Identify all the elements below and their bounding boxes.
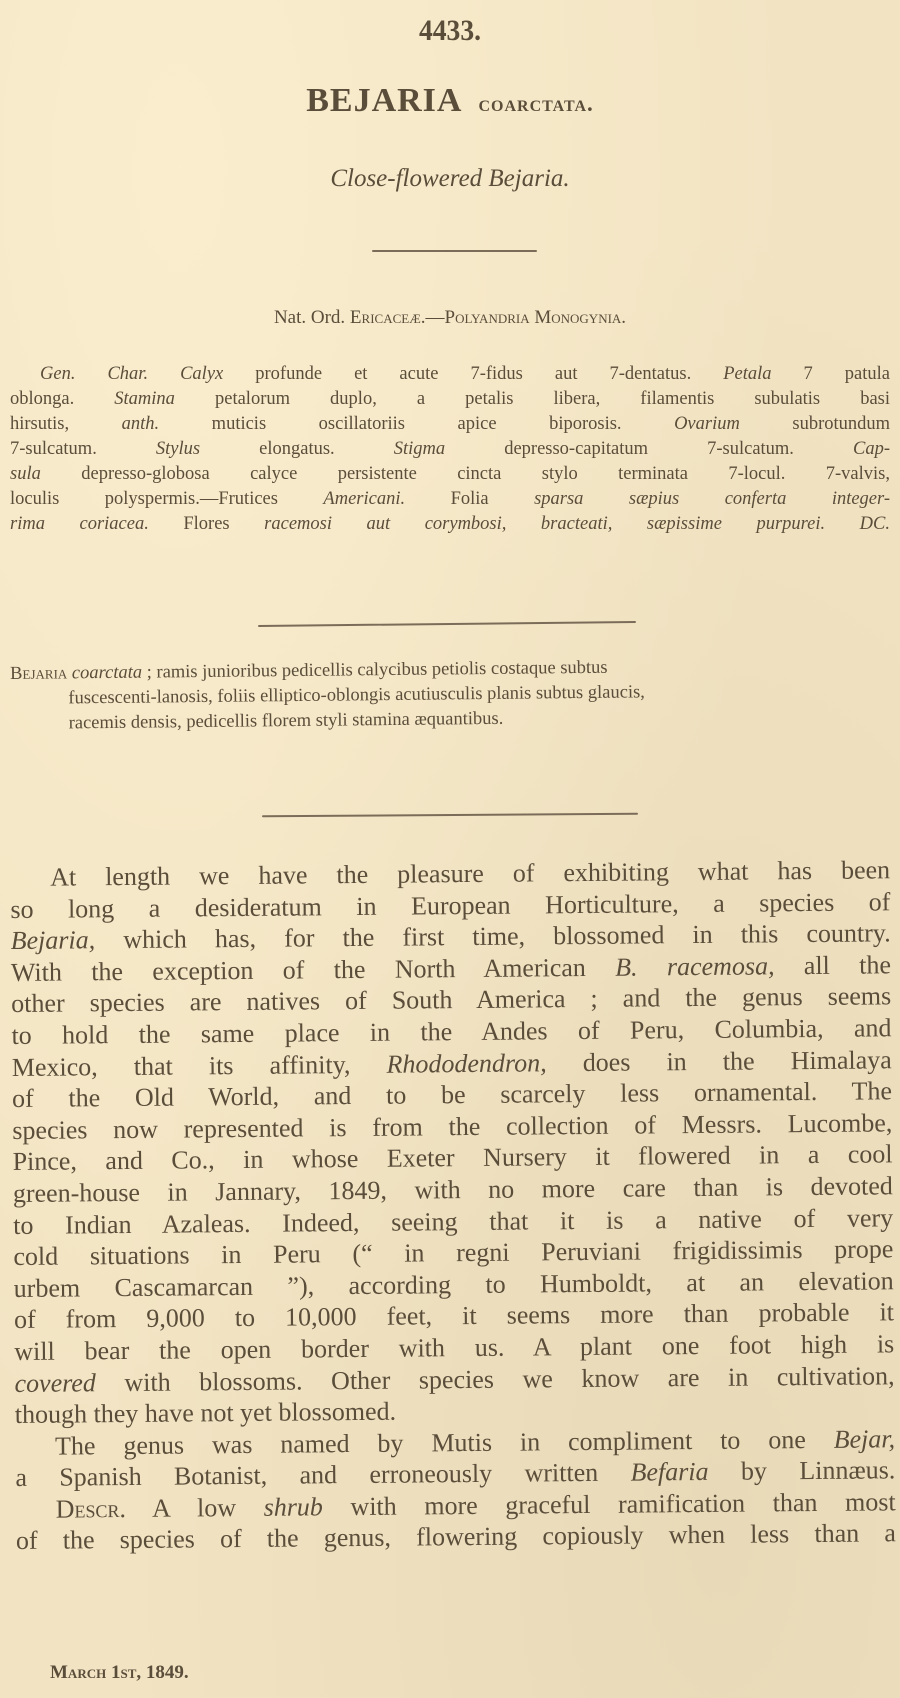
text-line: hirsutis, anth. muticis oscillatoriis ap…: [10, 412, 890, 437]
nat-ord-prefix: Nat. Ord.: [274, 307, 350, 328]
text-run: loculis polyspermis.—Frutices: [10, 489, 323, 509]
page-title: BEJARIAcoarctata.: [0, 82, 900, 120]
text-run: will bear the open border with us. A pla…: [14, 1329, 894, 1366]
text-run: racemosi aut corymbosi, bracteati, sæpis…: [264, 514, 890, 534]
nat-ord-order: Ericaceæ.: [350, 307, 426, 328]
text-run: with blossoms. Other species we know are…: [96, 1361, 895, 1397]
plate-number: 4433.: [36, 14, 864, 48]
text-run: Mexico, that its affinity,: [12, 1049, 387, 1081]
text-run: muticis oscillatoriis apice biporosis.: [159, 414, 674, 434]
text-run: which has, for the first time, blossomed…: [95, 919, 891, 955]
text-run: by Linnæus.: [708, 1456, 895, 1487]
footer-date: March 1st, 1849.: [50, 1662, 189, 1684]
nat-ord-class: Polyandria Monogynia.: [445, 307, 627, 328]
divider-rule: [258, 621, 636, 627]
text-run: Descr.: [56, 1494, 127, 1524]
text-run: 7 patula: [772, 364, 890, 384]
text-run: anth.: [122, 414, 160, 434]
text-run: Americani.: [323, 489, 405, 509]
specific-character: Bejaria coarctata ; ramis junioribus ped…: [10, 653, 891, 737]
text-run: petalorum duplo, a petalis libera, filam…: [175, 389, 890, 409]
body-text: At length we have the pleasure of exhibi…: [10, 854, 896, 1557]
text-run: Befaria: [630, 1457, 708, 1487]
text-run: Stamina: [114, 389, 175, 409]
text-line: loculis polyspermis.—Frutices Americani.…: [10, 487, 890, 512]
text-run: a Spanish Botanist, and erroneously writ…: [15, 1458, 630, 1492]
text-run: coarctata: [72, 663, 142, 684]
title-species: coarctata.: [478, 91, 593, 116]
text-run: depresso-globosa calyce persistente cinc…: [41, 464, 890, 484]
divider-rule: [262, 813, 638, 818]
text-run: Bejaria: [10, 663, 67, 684]
text-run: shrub: [263, 1492, 323, 1522]
text-run: does in the Himalaya: [547, 1045, 892, 1077]
text-run: B. racemosa,: [615, 951, 775, 981]
text-run: ; ramis junioribus pedicellis calycibus …: [142, 658, 608, 683]
divider-rule: [372, 250, 537, 252]
text-run: Bejaria,: [11, 925, 96, 955]
text-line: Gen. Char. Calyx profunde et acute 7-fid…: [10, 362, 890, 387]
nat-ord-separator: —: [426, 307, 445, 328]
text-run: Stigma: [394, 439, 445, 459]
text-run: depresso-capitatum 7-sulcatum.: [445, 439, 853, 459]
text-line: rima coriacea. Flores racemosi aut corym…: [10, 512, 890, 537]
text-run: 7-sulcatum.: [10, 439, 156, 459]
text-run: Rhododendron,: [386, 1048, 546, 1078]
text-run: fuscescenti-lanosis, foliis elliptico-ob…: [68, 682, 645, 708]
text-line: 7-sulcatum. Stylus elongatus. Stigma dep…: [10, 437, 890, 462]
text-line: oblonga. Stamina petalorum duplo, a peta…: [10, 387, 890, 412]
text-line: sula depresso-globosa calyce persistente…: [10, 462, 890, 487]
text-run: profunde et acute 7-fidus aut 7-dentatus…: [223, 364, 723, 384]
text-run: all the: [774, 950, 891, 980]
text-run: Cap-: [853, 439, 890, 459]
text-run: covered: [14, 1368, 96, 1398]
text-run: sula: [10, 464, 41, 484]
text-run: though they have not yet blossomed.: [15, 1397, 397, 1429]
text-run: sparsa sæpius conferta integer-: [534, 489, 890, 509]
text-run: rima coriacea.: [10, 514, 149, 534]
text-run: of the species of the genus, flowering c…: [16, 1519, 896, 1556]
text-run: elongatus.: [200, 439, 394, 459]
text-run: with more graceful ramification than mos…: [323, 1487, 896, 1521]
text-run: Ovarium: [674, 414, 740, 434]
natural-order: Nat. Ord. Ericaceæ.—Polyandria Monogynia…: [0, 307, 900, 329]
common-name: Close-flowered Bejaria.: [0, 165, 900, 193]
generic-character: Gen. Char. Calyx profunde et acute 7-fid…: [10, 362, 890, 537]
text-run: At length we have the pleasure of exhibi…: [50, 855, 890, 891]
text-run: The genus was named by Mutis in complime…: [55, 1425, 834, 1461]
text-run: With the exception of the North American: [11, 953, 615, 987]
text-run: Bejar,: [834, 1424, 896, 1454]
text-run: Stylus: [156, 439, 200, 459]
title-genus: BEJARIA: [306, 82, 462, 119]
text-run: Flores: [149, 514, 264, 534]
text-run: green-house in Jannary, 1849, with no mo…: [13, 1171, 893, 1208]
text-run: hirsutis,: [10, 414, 122, 434]
text-run: oblonga.: [10, 389, 114, 409]
text-line: of the species of the genus, flowering c…: [16, 1518, 896, 1557]
document-page: 4433. BEJARIAcoarctata. Close-flowered B…: [0, 0, 900, 1698]
text-run: subrotundum: [740, 414, 890, 434]
text-run: A low: [126, 1493, 264, 1523]
text-run: Gen. Char. Calyx: [40, 364, 223, 384]
text-run: Folia: [405, 489, 534, 509]
text-run: racemis densis, pedicellis florem styli …: [69, 709, 504, 734]
text-run: Petala: [723, 364, 771, 384]
